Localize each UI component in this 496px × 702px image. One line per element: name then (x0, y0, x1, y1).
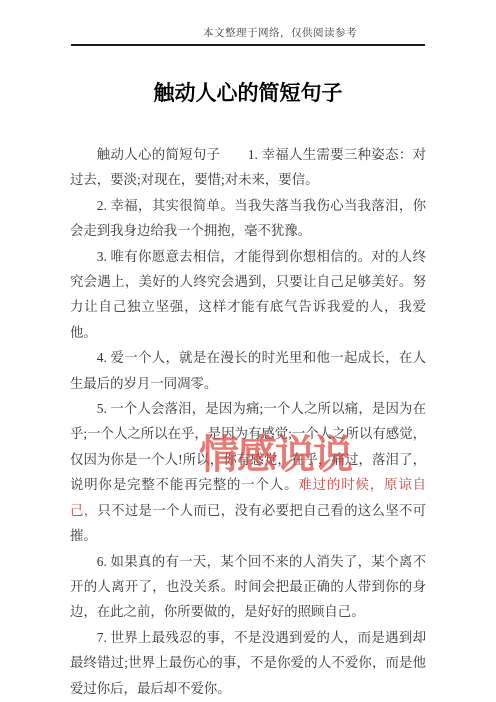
paragraph: 2. 幸福，其实很简单。当我失落当我伤心当我落泪，你会走到我身边给我一个拥抱，毫… (70, 193, 426, 244)
paragraph: 4. 爱一个人，就是在漫长的时光里和他一起成长，在人生最后的岁月一同凋零。 (70, 345, 426, 396)
paragraph-text: 触动人心的简短句子 1. 幸福人生需要三种姿态：对过去，要淡;对现在，要惜;对未… (70, 147, 426, 187)
paragraph-text: 只不过是一个人而已，没有必要把自己看的这么坚不可摧。 (70, 503, 426, 543)
paragraph-text: 3. 唯有你愿意去相信，才能得到你想相信的。对的人终究会遇上，美好的人终究会遇到… (70, 249, 426, 340)
document-body: 触动人心的简短句子 1. 幸福人生需要三种姿态：对过去，要淡;对现在，要惜;对未… (70, 142, 426, 701)
document-page: 本文整理于网络，仅供阅读参考 触动人心的简短句子 触动人心的简短句子 1. 幸福… (0, 0, 496, 702)
paragraph: 3. 唯有你愿意去相信，才能得到你想相信的。对的人终究会遇上，美好的人终究会遇到… (70, 244, 426, 346)
paragraph: 6. 如果真的有一天，某个回不来的人消失了，某个离不开的人离开了，也没关系。时间… (70, 549, 426, 625)
page-title: 触动人心的简短句子 (0, 79, 496, 109)
paragraph-text: 2. 幸福，其实很简单。当我失落当我伤心当我落泪，你会走到我身边给我一个拥抱，毫… (70, 198, 426, 238)
paragraph-text: 6. 如果真的有一天，某个回不来的人消失了，某个离不开的人离开了，也没关系。时间… (70, 554, 426, 620)
paragraph: 触动人心的简短句子 1. 幸福人生需要三种姿态：对过去，要淡;对现在，要惜;对未… (70, 142, 426, 193)
header-divider (71, 44, 425, 46)
watermark-logo: 情感说说 (199, 433, 351, 477)
paragraph-text: 4. 爱一个人，就是在漫长的时光里和他一起成长，在人生最后的岁月一同凋零。 (70, 350, 426, 390)
header-note: 本文整理于网络，仅供阅读参考 (0, 0, 496, 40)
paragraph: 7. 世界上最残忍的事，不是没遇到爱的人，而是遇到却最终错过;世界上最伤心的事，… (70, 625, 426, 701)
paragraph-text: 7. 世界上最残忍的事，不是没遇到爱的人，而是遇到却最终错过;世界上最伤心的事，… (70, 630, 426, 696)
